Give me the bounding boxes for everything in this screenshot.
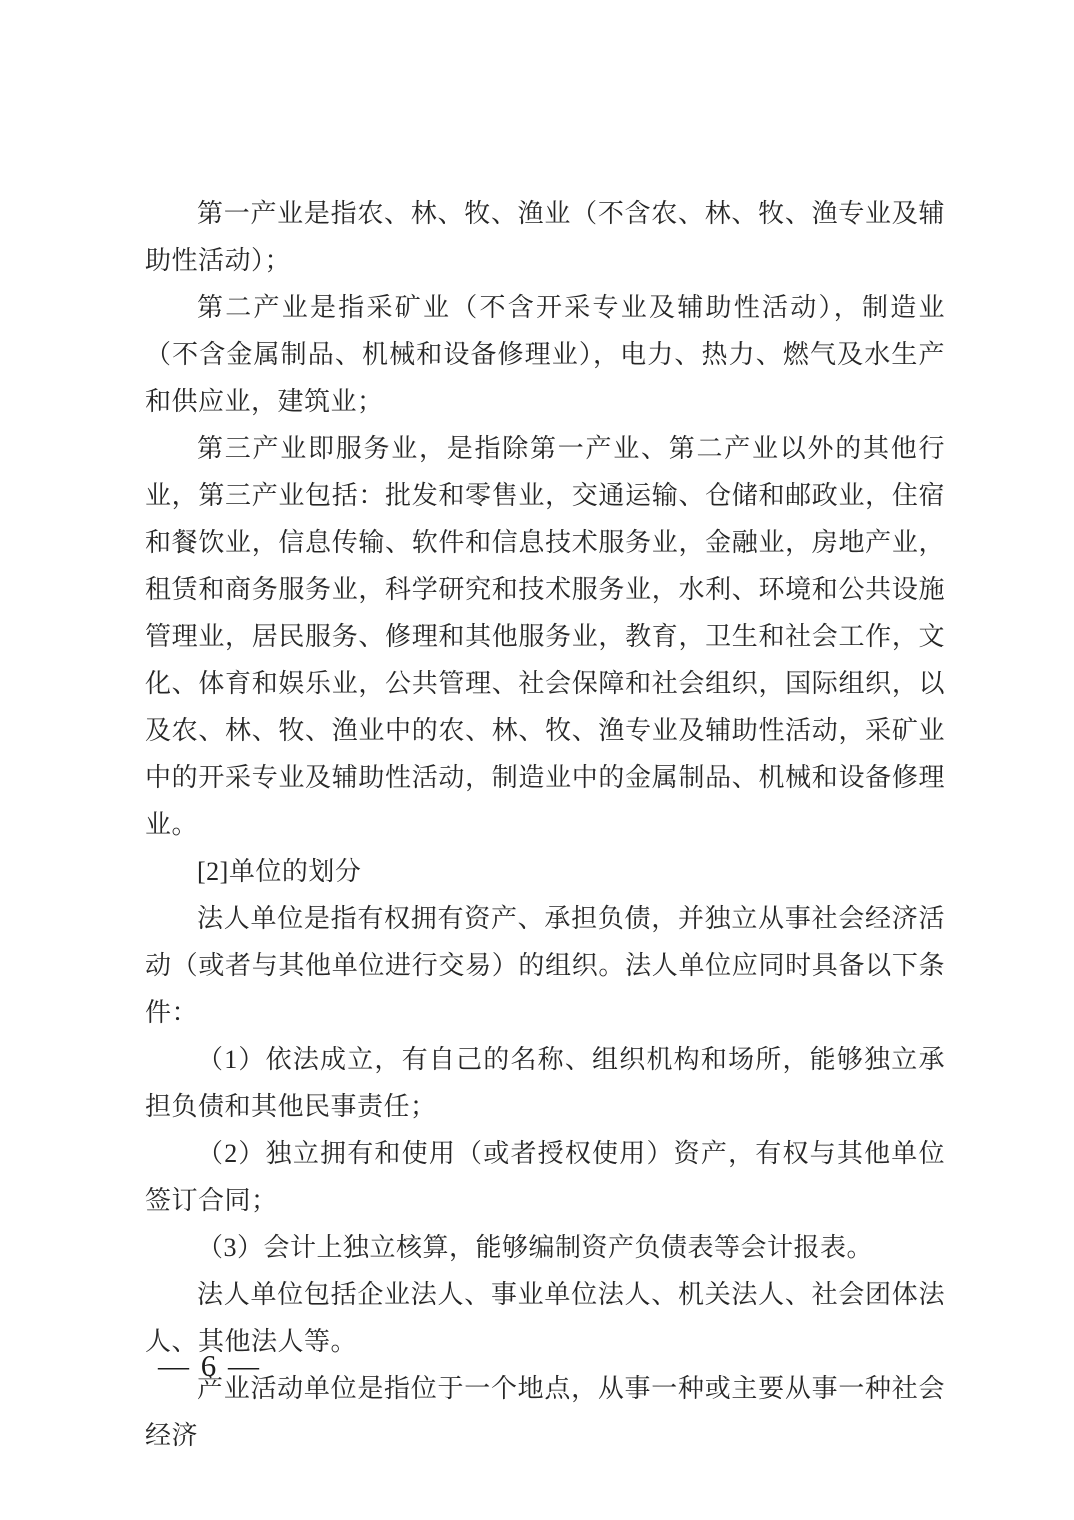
document-page: 第一产业是指农、林、牧、渔业（不含农、林、牧、渔专业及辅助性活动）； 第二产业是… bbox=[0, 0, 1074, 1520]
section-heading-unit-division: [2]单位的划分 bbox=[145, 848, 945, 895]
paragraph-condition-3: （3）会计上独立核算，能够编制资产负债表等会计报表。 bbox=[145, 1224, 945, 1271]
page-number: — 6 — bbox=[158, 1346, 261, 1386]
paragraph-condition-2: （2）独立拥有和使用（或者授权使用）资产，有权与其他单位签订合同； bbox=[145, 1130, 945, 1224]
document-body: 第一产业是指农、林、牧、渔业（不含农、林、牧、渔专业及辅助性活动）； 第二产业是… bbox=[145, 190, 945, 1459]
paragraph-condition-1: （1）依法成立，有自己的名称、组织机构和场所，能够独立承担负债和其他民事责任； bbox=[145, 1036, 945, 1130]
paragraph-legal-entity-definition: 法人单位是指有权拥有资产、承担负债，并独立从事社会经济活动（或者与其他单位进行交… bbox=[145, 895, 945, 1036]
paragraph-secondary-industry: 第二产业是指采矿业（不含开采专业及辅助性活动），制造业（不含金属制品、机械和设备… bbox=[145, 284, 945, 425]
paragraph-legal-entity-types: 法人单位包括企业法人、事业单位法人、机关法人、社会团体法人、其他法人等。 bbox=[145, 1271, 945, 1365]
paragraph-tertiary-industry: 第三产业即服务业，是指除第一产业、第二产业以外的其他行业，第三产业包括：批发和零… bbox=[145, 425, 945, 848]
paragraph-primary-industry: 第一产业是指农、林、牧、渔业（不含农、林、牧、渔专业及辅助性活动）； bbox=[145, 190, 945, 284]
paragraph-industrial-activity-unit: 产业活动单位是指位于一个地点，从事一种或主要从事一种社会经济 bbox=[145, 1365, 945, 1459]
